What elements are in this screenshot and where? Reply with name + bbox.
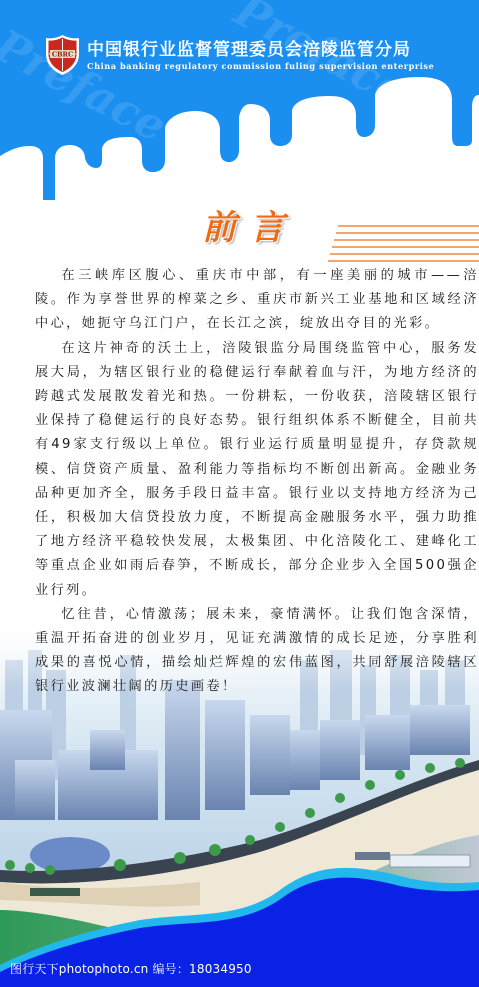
organization-title-chinese: 中国银行业监督管理委员会涪陵监管分局 <box>87 39 434 61</box>
paragraph-1: 在三峡库区腹心、重庆市中部，有一座美丽的城市——涪陵。作为享誉世界的榨菜之乡、重… <box>35 264 479 337</box>
cbrc-shield-logo-icon: CBRC <box>45 34 80 76</box>
decorative-stripes-icon <box>324 222 479 262</box>
header: CBRC 中国银行业监督管理委员会涪陵监管分局 China banking re… <box>45 34 434 76</box>
organization-title-english: China banking regulatory commission fuli… <box>87 61 434 72</box>
image-credit: 图行天下photophoto.cn 编号：18034950 <box>10 960 252 977</box>
logo-text: CBRC <box>52 51 73 59</box>
preface-body: 在三峡库区腹心、重庆市中部，有一座美丽的城市——涪陵。作为享誉世界的榨菜之乡、重… <box>35 264 479 700</box>
preface-heading: 前言 <box>202 200 298 249</box>
paragraph-3: 忆往昔，心情激荡；展未来，豪情满怀。让我们饱含深情，重温开拓奋进的创业岁月，见证… <box>35 603 479 700</box>
paragraph-2: 在这片神奇的沃土上，涪陵银监分局围绕监管中心，服务发展大局，为辖区银行业的稳健运… <box>35 337 479 603</box>
preface-title: 前言 <box>202 200 298 249</box>
